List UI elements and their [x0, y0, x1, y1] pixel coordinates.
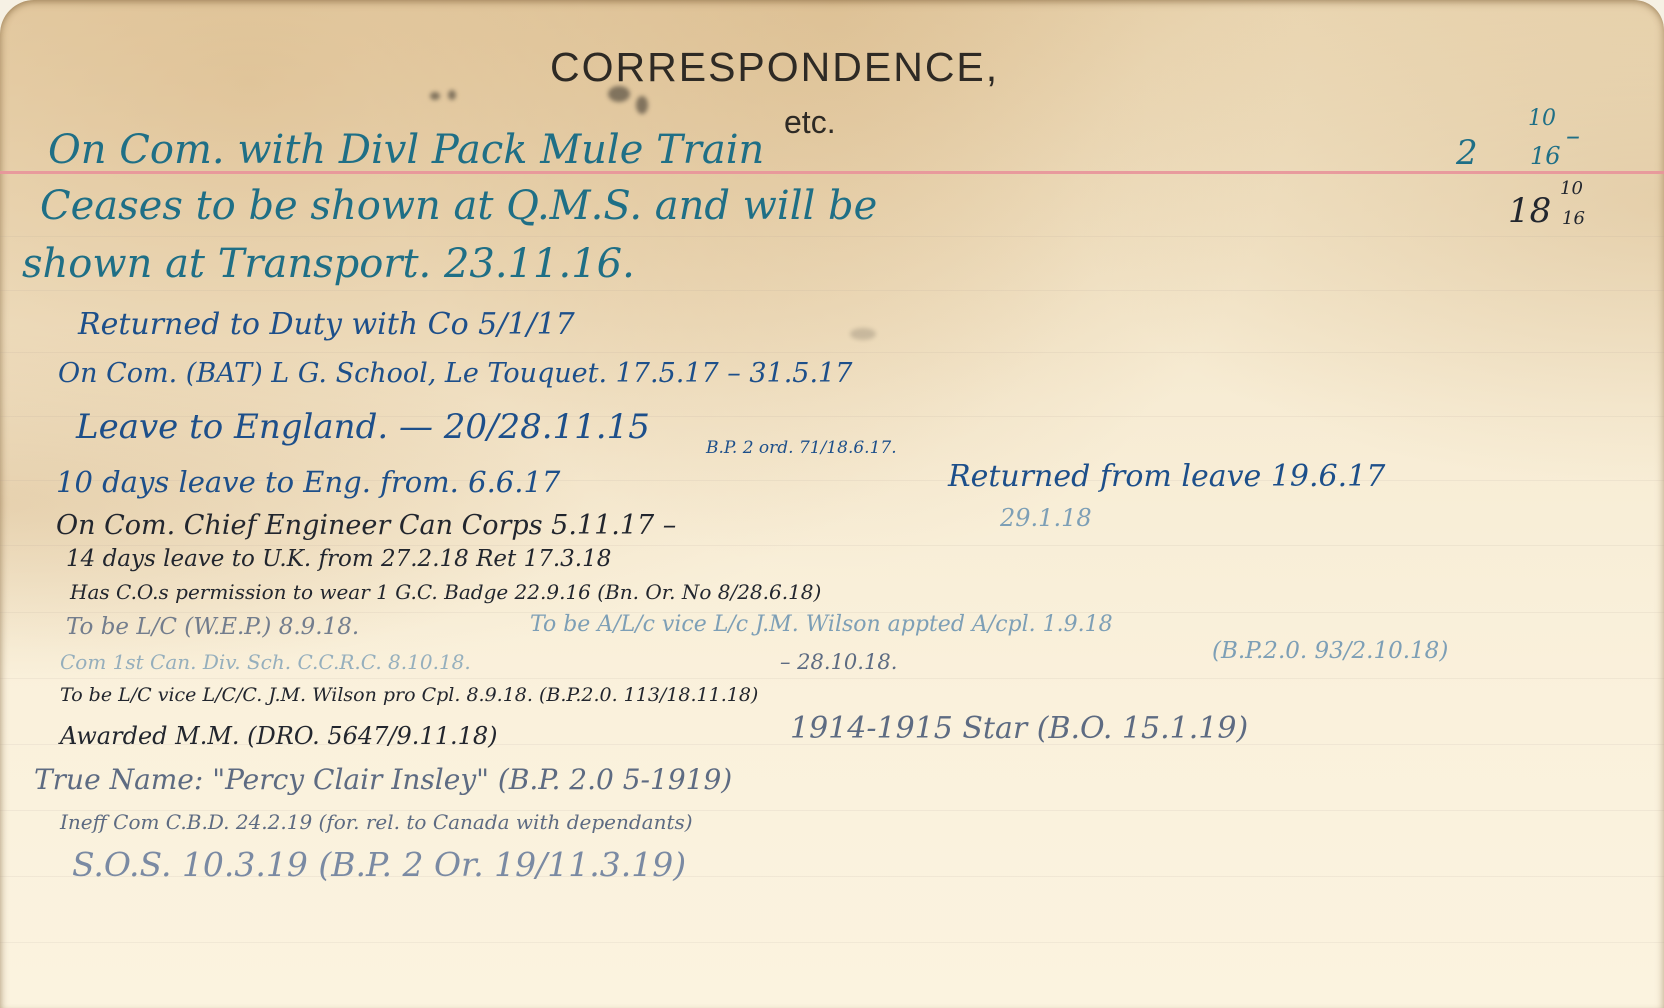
margin-date-2-whole: 18	[1508, 194, 1551, 228]
ink-smudge	[448, 90, 456, 100]
entry-line-14-continuation: 1914-1915 Star (B.O. 15.1.19)	[790, 714, 1248, 744]
printed-subtitle: etc.	[784, 104, 836, 141]
entry-line-11-continuation: To be A/L/c vice L/c J.M. Wilson appted …	[530, 614, 1113, 636]
printed-title: CORRESPONDENCE,	[550, 44, 999, 91]
margin-date-1-suffix: –	[1566, 122, 1580, 150]
ruled-line	[0, 942, 1664, 943]
entry-line-12: Com 1st Can. Div. Sch. C.C.R.C. 8.10.18.	[60, 652, 471, 672]
ruled-line	[0, 236, 1664, 237]
margin-date-1-numerator: 10	[1528, 108, 1556, 130]
entry-line-2: Ceases to be shown at Q.M.S. and will be	[40, 186, 877, 226]
entry-line-16: Ineff Com C.B.D. 24.2.19 (for. rel. to C…	[60, 812, 693, 832]
margin-date-1-whole: 2	[1456, 136, 1478, 170]
entry-line-11: To be L/C (W.E.P.) 8.9.18.	[66, 616, 359, 639]
entry-line-6: Leave to England. — 20/28.11.15	[76, 410, 650, 444]
entry-line-3: shown at Transport. 23.11.16.	[22, 244, 635, 284]
record-card: CORRESPONDENCE, etc. On Com. with Divl P…	[0, 0, 1664, 1008]
entry-line-13: To be L/C vice L/C/C. J.M. Wilson pro Cp…	[60, 686, 758, 705]
margin-date-2-denominator: 16	[1562, 210, 1585, 228]
ink-smudge	[636, 96, 648, 114]
entry-line-17: S.O.S. 10.3.19 (B.P. 2 Or. 19/11.3.19)	[72, 848, 686, 881]
entry-line-7-annotation: Returned from leave 19.6.17	[948, 462, 1385, 492]
entry-line-15: True Name: "Percy Clair Insley" (B.P. 2.…	[34, 766, 732, 794]
entry-line-5: On Com. (BAT) L G. School, Le Touquet. 1…	[58, 360, 852, 387]
entry-line-8-end: 29.1.18	[1000, 506, 1092, 530]
entry-line-9: 14 days leave to U.K. from 27.2.18 Ret 1…	[66, 548, 611, 571]
entry-line-7: 10 days leave to Eng. from. 6.6.17	[56, 468, 560, 497]
ink-smudge	[608, 86, 630, 102]
margin-date-2-numerator: 10	[1560, 180, 1583, 198]
ink-smudge	[430, 92, 440, 100]
entry-line-14: Awarded M.M. (DRO. 5647/9.11.18)	[60, 724, 498, 748]
margin-date-1-denominator: 16	[1530, 144, 1561, 168]
entry-line-4: Returned to Duty with Co 5/1/17	[78, 310, 575, 340]
entry-line-12-ref: (B.P.2.0. 93/2.10.18)	[1212, 640, 1448, 663]
entry-line-6-ref: B.P. 2 ord. 71/18.6.17.	[706, 440, 897, 457]
entry-line-12-end: – 28.10.18.	[780, 652, 897, 673]
ink-smudge	[850, 328, 876, 340]
entry-line-10: Has C.O.s permission to wear 1 G.C. Badg…	[70, 582, 821, 602]
ruled-line	[0, 352, 1664, 353]
ruled-line	[0, 290, 1664, 291]
ruled-line	[0, 678, 1664, 679]
entry-line-8: On Com. Chief Engineer Can Corps 5.11.17…	[56, 512, 676, 539]
entry-line-1: On Com. with Divl Pack Mule Train	[48, 130, 764, 170]
